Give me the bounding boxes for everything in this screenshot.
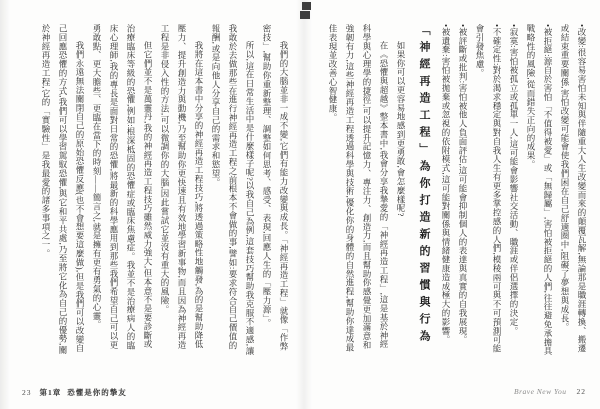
book-spread: •改變:很容易害怕未知與伴隨重大人生改變而來的顛覆瓦解,無論那是職涯轉換、搬遷或… [0,0,600,409]
paragraph: 我將在這本書中分享的神經再造工程技巧,將透過策略性地觸發,為的是幫助降低壓力、提… [156,24,207,356]
chapter-label: 第1章 [40,388,62,397]
fear-list-item-judgment: •被評斷或批判:害怕被他人負面評估,這可能會抑制個人的表達與真實的自我展現。 [454,24,471,356]
paragraph: 所以,這在日常生活中是什麼樣子呢?以我自己為例,這套技巧幫助我克服不適感,讓我敢… [207,24,258,356]
left-page-footer: 23第1章恐懼是你的摯友 [22,387,127,398]
fear-list-item-rejection: •被拒絕:源自於害怕「不值得被愛」或「無歸屬」,害怕被拒絕的人們,往往避免承擔具… [522,24,556,356]
paragraph: 但它們並不是萬靈丹,我的神經再造工程技巧雖然威力強大,但本意不是要診斷或治療臨床… [88,24,156,356]
paragraph: 我們永遠無法關閉自己的原始恐懼反應(也不會想要這麼做),但是我們可以改變自己回應… [37,24,88,356]
fear-list-item-abandonment: •被遺棄:害怕被拋棄或忽視的依附模式,這可能對關係與情緒健康造成極大的影響。 [437,24,454,356]
page-edge-shade [0,0,10,409]
running-title: Brave New You [514,387,566,396]
scan-mark [300,11,310,19]
right-page-number: 22 [577,387,587,396]
paragraph: 如果你可以更容易地感到更勇敢,會怎麼樣呢? [392,24,409,356]
right-page-footer: Brave New You22 [514,387,586,396]
right-page-text: •改變:很容易害怕未知與伴隨重大人生改變而來的顛覆瓦解,無論那是職涯轉換、搬遷或… [310,24,590,356]
fear-list-item-loneliness: •寂寞:害怕被孤立或孤單一人,這可能會影響社交活動、職涯或伴侶選擇的決定。 [505,24,522,356]
scan-mark [302,2,311,10]
fear-list-item-uncertainty: •不確定性:對於渴求穩定與對自我人生有更多掌控感的人們,模稜兩可與不可預測可能會… [471,24,505,356]
chapter-title: 恐懼是你的摯友 [67,388,127,397]
fear-list-item-change: •改變:很容易害怕未知與伴隨重大人生改變而來的顛覆瓦解,無論那是職涯轉換、搬遷或… [556,24,590,356]
paragraph: 在《恐懼與超越》整本書中,我會分享我摯愛的「神經再造工程」,這是基於神經科學與心… [324,24,392,356]
left-page-number: 23 [22,388,32,397]
paragraph: 我們的大腦並非一成不變,它們有能力改變與成長。「神經再造工程」就像「作弊密技」,… [258,24,292,356]
section-heading: 「神經再造工程」為你打造新的習慣與行為 [415,24,432,356]
left-page-text: 我們的大腦並非一成不變,它們有能力改變與成長。「神經再造工程」就像「作弊密技」,… [20,24,292,356]
